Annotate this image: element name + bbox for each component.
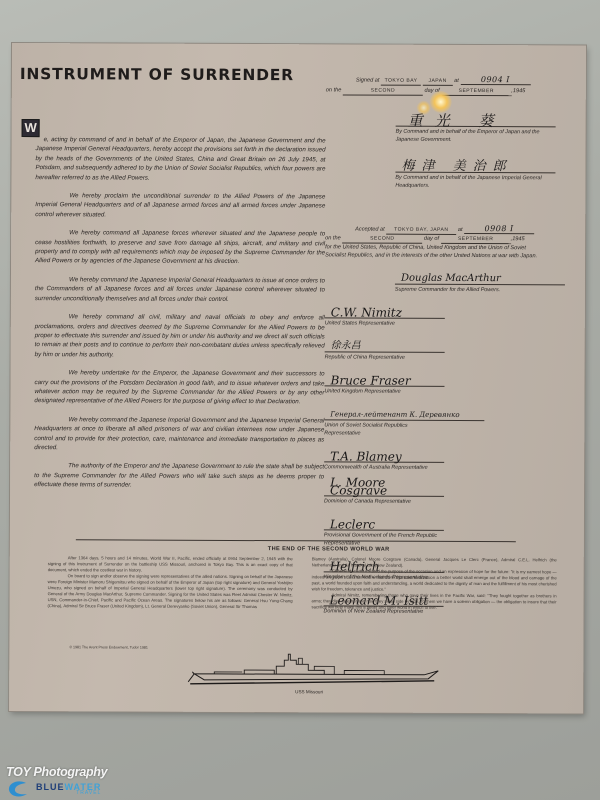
signature-shigemitsu: 重光 葵	[408, 117, 506, 125]
signed-on-the: on the	[326, 87, 342, 93]
accepted-prefix: Accepted at	[355, 226, 385, 232]
signature-label: Dominion of Canada Representative	[324, 497, 444, 506]
signature-nimitz: C.W. Nimitz	[331, 308, 402, 316]
accepted-month: SEPTEMBER	[441, 235, 511, 244]
paragraph-2: We hereby proclaim the unconditional sur…	[35, 191, 325, 220]
signed-prefix: Signed at	[356, 78, 380, 84]
watermark-photographer: TOY Photography	[6, 765, 107, 779]
signature-china: 徐永昌	[331, 342, 361, 350]
signature-label: United States Representative	[325, 319, 445, 328]
footer-left-column: After 1364 days, 5 hours and 14 minutes,…	[48, 555, 293, 610]
footer-paragraph: General MacArthur stated the purpose of …	[312, 568, 557, 593]
paragraph-text: e, acting by command of and in behalf of…	[35, 136, 325, 181]
signature-label: Supreme Commander for the Allied Powers.	[395, 286, 565, 295]
paragraph-4: We hereby command the Japanese Imperial …	[35, 275, 325, 304]
light-glare	[430, 91, 452, 113]
accepted-at: at	[458, 227, 463, 233]
brand-blue: BLUE	[36, 782, 65, 792]
signature-umezu: 梅津 美治郎	[401, 163, 512, 171]
signature-line: 梅津 美治郎	[395, 150, 555, 174]
signature-label: Union of Soviet Socialist Republics Repr…	[324, 421, 444, 438]
signature-label: By Command and in behalf of the Japanese…	[395, 174, 555, 191]
end-of-war-heading: THE END OF THE SECOND WORLD WAR	[268, 546, 390, 553]
paragraph-8: The authority of the Emperor and the Jap…	[34, 461, 324, 490]
paragraph-3: We hereby command all Japanese forces wh…	[35, 228, 325, 267]
accepted-year: ,1945	[511, 236, 525, 242]
photographer-watermark: TOY Photography BLUEWATER TRAVEL	[6, 765, 107, 798]
footer-paragraph: On board to sign and/or observe the sign…	[48, 573, 293, 610]
document-body: We, acting by command of and in behalf o…	[34, 135, 326, 500]
footer-paragraph: Blamey (Australia), Colonel Moore Cosgra…	[312, 556, 557, 569]
light-glare	[417, 101, 431, 115]
signature-label: United Kingdom Representative	[324, 387, 444, 396]
accepted-day-of: day of	[424, 236, 439, 242]
accepted-on-the: on the	[325, 235, 341, 241]
wave-logo-icon	[6, 780, 30, 798]
accepted-time: 0908 I	[464, 225, 534, 234]
paragraph-1: We, acting by command of and in behalf o…	[35, 135, 325, 183]
document-title: INSTRUMENT OF SURRENDER	[20, 65, 294, 84]
signature-canada: L. Moore Cosgrave	[330, 478, 444, 494]
signature-fraser: Bruce Fraser	[331, 376, 411, 384]
accepted-day: SECOND	[342, 234, 422, 243]
signed-place: TOKYO BAY	[381, 77, 421, 86]
signature-label: Commonwealth of Australia Representative	[324, 463, 444, 472]
ship-caption: USS Missouri	[295, 689, 323, 694]
signed-time: 0904 I	[460, 76, 530, 85]
signed-at: at	[454, 78, 459, 84]
surrender-document: INSTRUMENT OF SURRENDER We, acting by co…	[9, 43, 586, 713]
signed-country: JAPAN	[423, 77, 453, 86]
signature-macarthur: Douglas MacArthur	[401, 275, 501, 283]
copyright-note: © 1981 The Arent Press Endowment, Tudor …	[69, 645, 148, 649]
accepted-text: for the United States, Republic of China…	[325, 243, 545, 260]
signature-france: Leclerc	[330, 520, 375, 528]
paragraph-6: We hereby undertake for the Emperor, the…	[34, 368, 324, 407]
signature-ussr: Генерал-лейтенант К. Деревянко	[330, 410, 459, 419]
signed-block: Signed at TOKYO BAY JAPAN at 0904 I on t…	[325, 75, 576, 196]
accepted-place: TOKYO BAY, JAPAN	[386, 226, 456, 235]
signed-year: ,1945	[511, 88, 525, 94]
paragraph-5: We hereby command all civil, military an…	[35, 312, 325, 360]
signature-australia: T.A. Blamey	[330, 452, 401, 460]
paragraph-7: We hereby command the Japanese Imperial …	[34, 415, 324, 454]
battleship-illustration-icon	[184, 652, 444, 689]
drop-cap: W	[22, 119, 40, 137]
signed-month: SEPTEMBER	[441, 87, 511, 96]
signature-line: Douglas MacArthur	[395, 266, 565, 286]
footer-right-column: Blamey (Australia), Colonel Moore Cosgra…	[312, 556, 557, 611]
signature-label: Republic of China Representative	[325, 353, 445, 362]
signature-label: By Command and in behalf of the Emperor …	[396, 128, 556, 145]
footer-paragraph: After 1364 days, 5 hours and 14 minutes,…	[48, 555, 293, 574]
footer-paragraph: Admiral Nimitz, remembering those who ga…	[312, 592, 557, 611]
signed-day: SECOND	[343, 86, 423, 95]
